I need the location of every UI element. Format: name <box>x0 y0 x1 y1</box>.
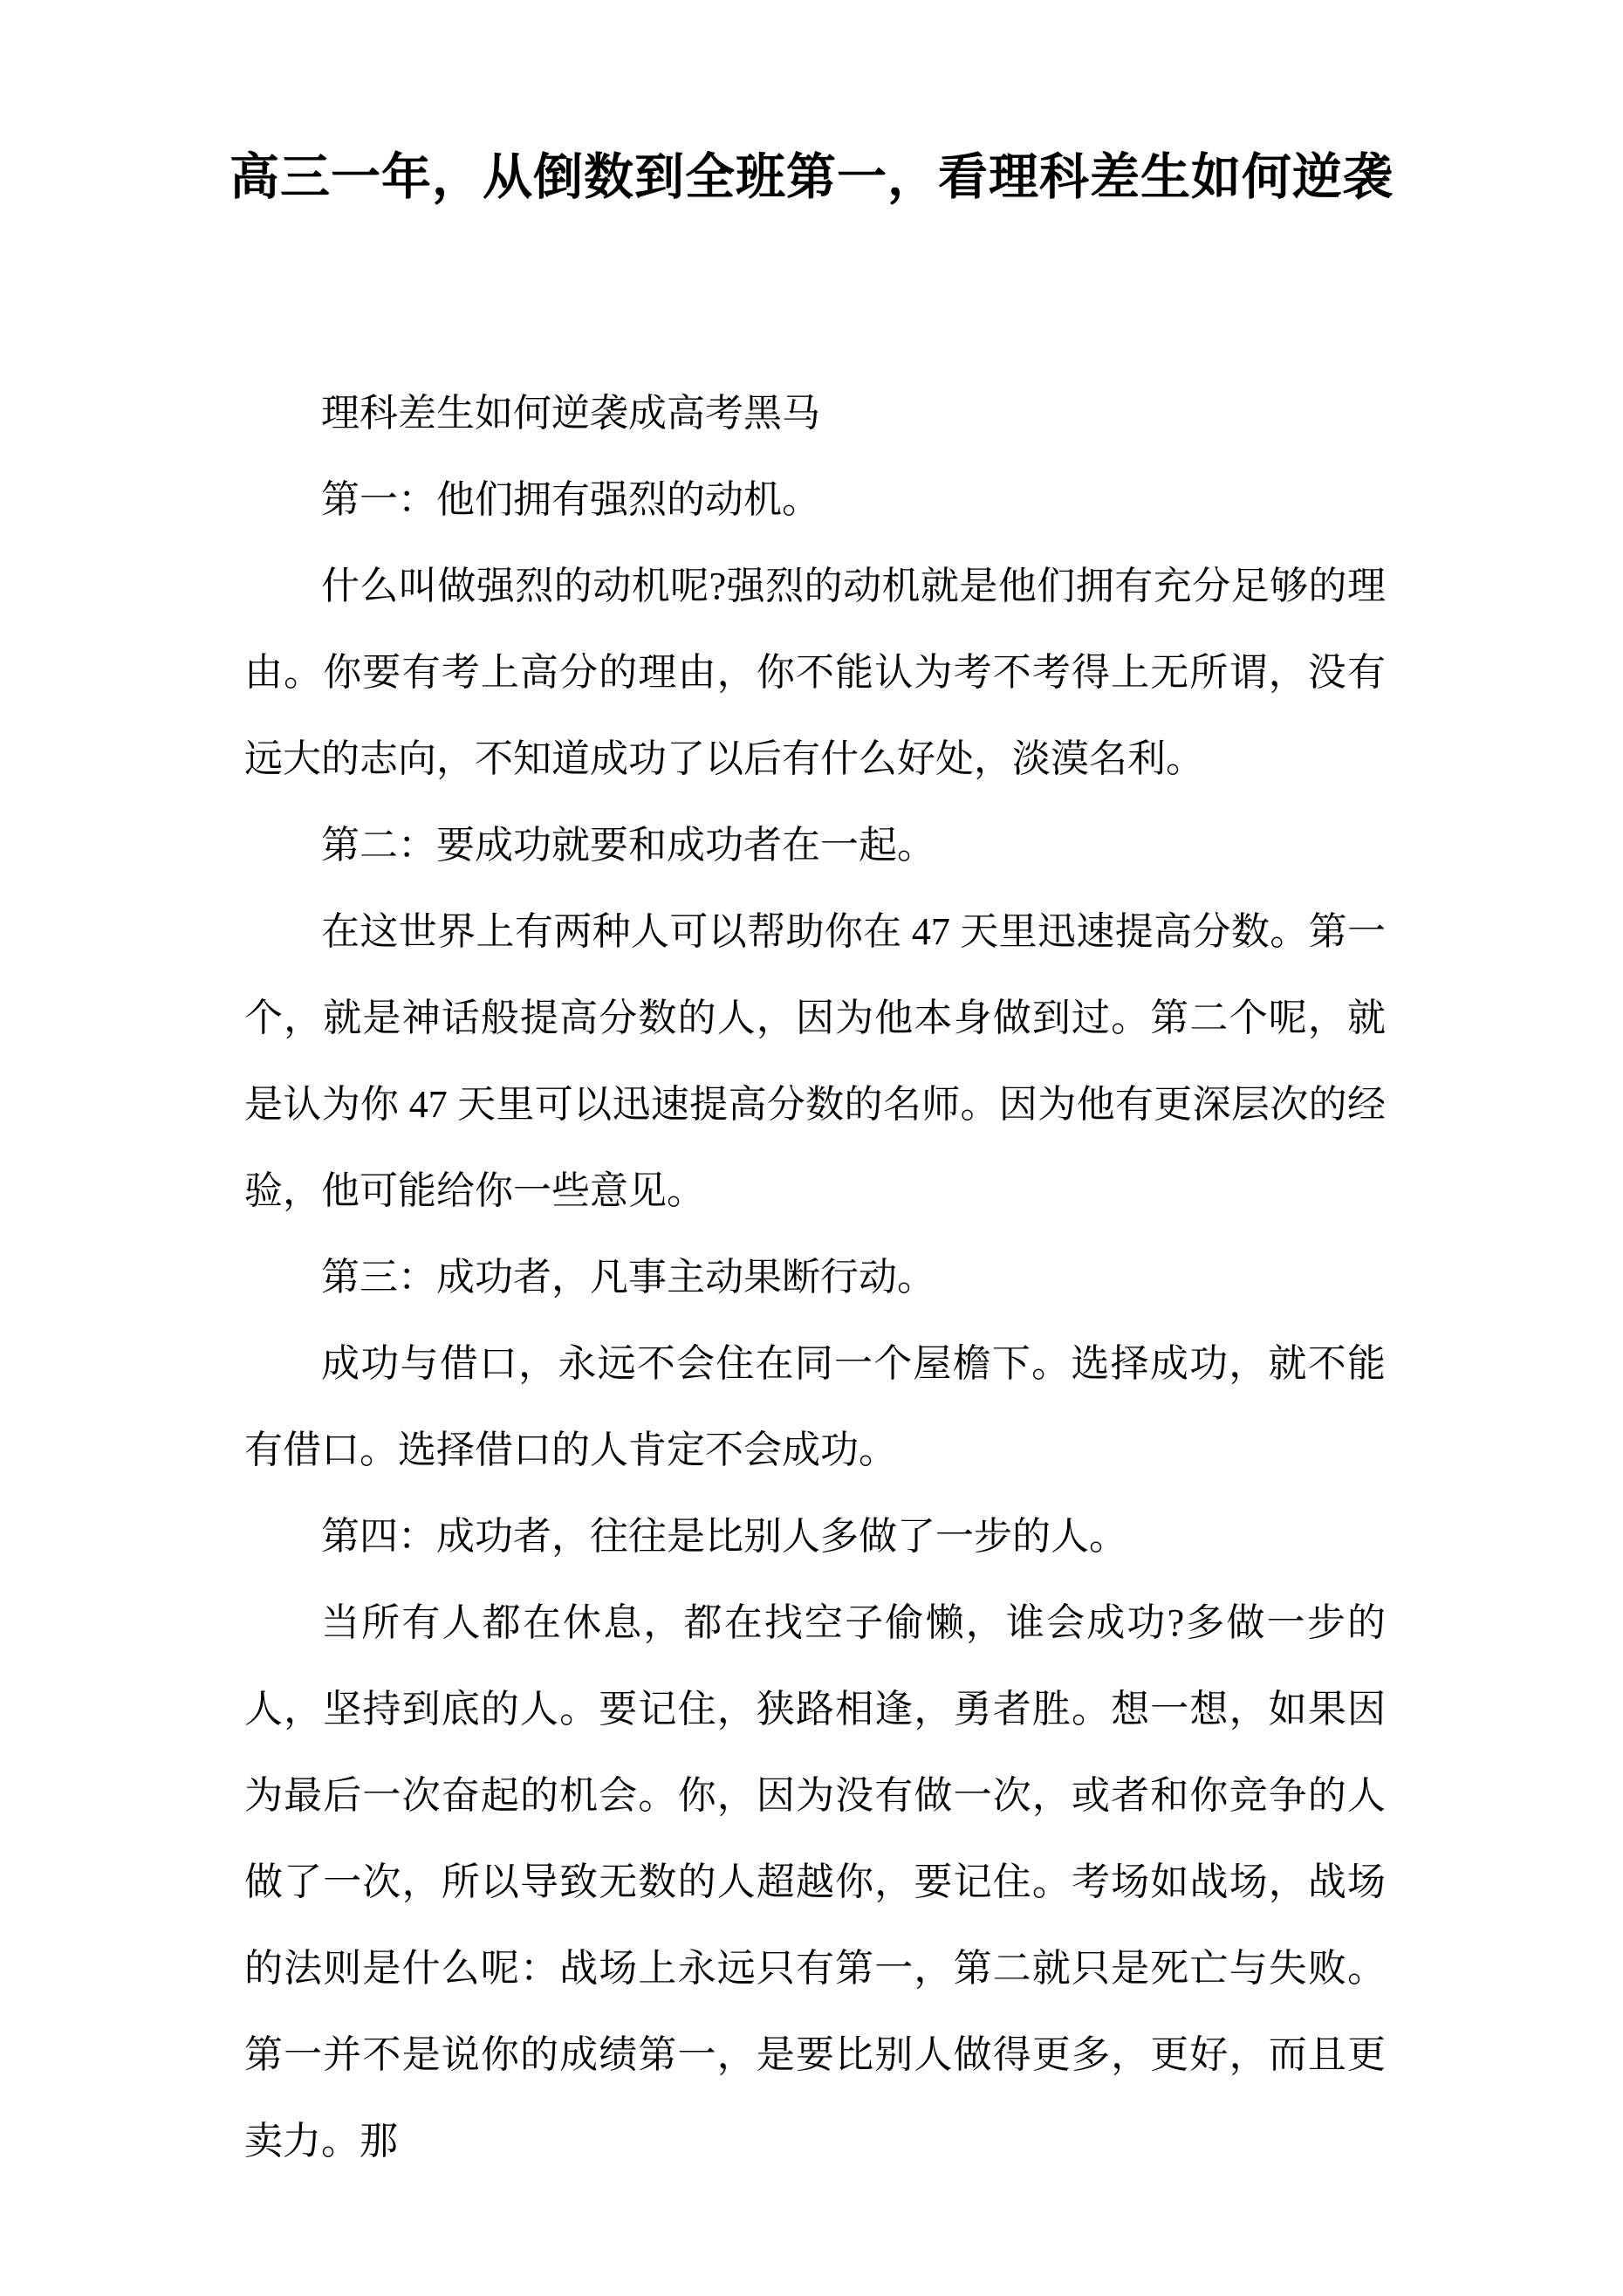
document-page: 高三一年，从倒数到全班第一，看理科差生如何逆袭 理科差生如何逆袭成高考黑马 第一… <box>0 0 1623 2296</box>
paragraph-point-4: 第四：成功者，往往是比别人多做了一步的人。 <box>244 1493 1386 1580</box>
paragraph-point-2-detail: 在这世界上有两种人可以帮助你在 47 天里迅速提高分数。第一个，就是神话般提高分… <box>244 888 1386 1234</box>
document-body: 理科差生如何逆袭成高考黑马 第一：他们拥有强烈的动机。 什么叫做强烈的动机呢?强… <box>0 370 1623 2184</box>
document-title: 高三一年，从倒数到全班第一，看理科差生如何逆袭 <box>0 0 1623 208</box>
paragraph-subtitle: 理科差生如何逆袭成高考黑马 <box>244 370 1386 456</box>
paragraph-point-3: 第三：成功者，凡事主动果断行动。 <box>244 1234 1386 1320</box>
paragraph-point-2: 第二：要成功就要和成功者在一起。 <box>244 802 1386 888</box>
paragraph-point-1-detail: 什么叫做强烈的动机呢?强烈的动机就是他们拥有充分足够的理由。你要有考上高分的理由… <box>244 543 1386 802</box>
paragraph-point-1: 第一：他们拥有强烈的动机。 <box>244 456 1386 543</box>
paragraph-point-4-detail: 当所有人都在休息，都在找空子偷懒，谁会成功?多做一步的人，坚持到底的人。要记住，… <box>244 1580 1386 2184</box>
paragraph-point-3-detail: 成功与借口，永远不会住在同一个屋檐下。选择成功，就不能有借口。选择借口的人肯定不… <box>244 1320 1386 1493</box>
